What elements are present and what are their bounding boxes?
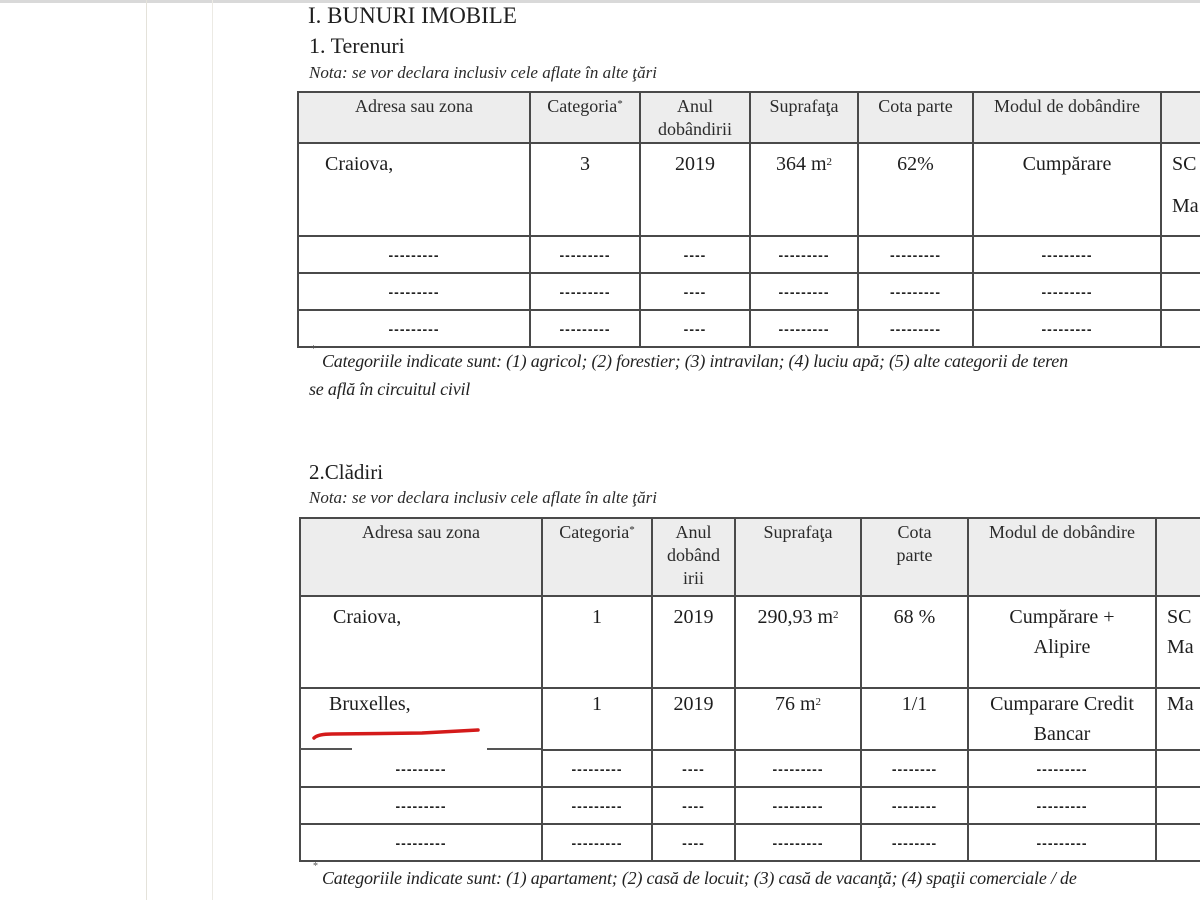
cell-suprafata: 290,93 m2 [735, 596, 861, 688]
table-row-empty: --------- --------- ---- --------- -----… [298, 236, 1200, 273]
red-underline-annotation [312, 728, 484, 742]
col-header-adresa: Adresa sau zona [298, 92, 530, 143]
cell-categoria: 1 [542, 596, 652, 688]
cell-empty: -------- [861, 787, 968, 824]
table-row-empty: --------- --------- ---- --------- -----… [298, 273, 1200, 310]
cell-empty [1161, 310, 1200, 347]
table-row: Craiova, 1 2019 290,93 m2 68 % Cumpărare… [300, 596, 1200, 688]
cell-empty: --------- [968, 787, 1156, 824]
cell-empty: --------- [542, 824, 652, 861]
table-row-empty: --------- --------- ---- --------- -----… [300, 750, 1200, 787]
footnote-terenuri-line1: Categoriile indicate sunt: (1) agricol; … [322, 351, 1068, 372]
cell-empty: --------- [858, 236, 973, 273]
subsection-title-cladiri: 2.Clădiri [309, 460, 383, 485]
cell-empty: --------- [300, 824, 542, 861]
cell-empty: ---- [652, 787, 735, 824]
cell-empty: --------- [750, 310, 858, 347]
cell-empty: --------- [542, 750, 652, 787]
cell-empty: --------- [973, 236, 1161, 273]
cell-anul: 2019 [652, 596, 735, 688]
col-header-cota: Cota parte [858, 92, 973, 143]
cladiri-table: Adresa sau zona Categoria* Anul dobând i… [299, 517, 1200, 862]
col-header-anul: Anul dobând irii [652, 518, 735, 596]
cell-cota: 1/1 [861, 688, 968, 750]
cell-suprafata: 76 m2 [735, 688, 861, 750]
cell-empty: --------- [968, 750, 1156, 787]
cell-empty: --------- [530, 273, 640, 310]
cell-empty: --------- [735, 750, 861, 787]
cell-titular: SCMa [1156, 596, 1200, 688]
cell-categoria: 1 [542, 688, 652, 750]
cell-suprafata: 364 m2 [750, 143, 858, 236]
cell-empty: --------- [298, 310, 530, 347]
table-row-empty: --------- --------- ---- --------- -----… [300, 824, 1200, 861]
cell-cota: 68 % [861, 596, 968, 688]
cell-empty [1156, 750, 1200, 787]
footnote-star: * [313, 861, 318, 872]
cell-empty: ---- [640, 236, 750, 273]
col-header-anul: Anul dobândirii [640, 92, 750, 143]
note-cladiri: Nota: se vor declara inclusiv cele aflat… [309, 488, 657, 508]
terenuri-table: Adresa sau zona Categoria* Anul dobândir… [297, 91, 1200, 348]
col-header-cota: Cota parte [861, 518, 968, 596]
col-header-categoria: Categoria* [530, 92, 640, 143]
cell-empty: --------- [298, 236, 530, 273]
row-border-fragment [300, 748, 352, 750]
cell-empty: --------- [530, 310, 640, 347]
cell-empty: --------- [735, 787, 861, 824]
cell-empty: --------- [530, 236, 640, 273]
cell-empty: ---- [640, 273, 750, 310]
cell-empty: --------- [973, 310, 1161, 347]
cell-adresa: Craiova, [300, 596, 542, 688]
cell-empty: ---- [640, 310, 750, 347]
cell-empty: --------- [973, 273, 1161, 310]
col-header-categoria: Categoria* [542, 518, 652, 596]
cell-empty: ---- [652, 824, 735, 861]
cell-empty: --------- [298, 273, 530, 310]
footnote-cladiri-line1: Categoriile indicate sunt: (1) apartamen… [322, 868, 1077, 889]
cell-categoria: 3 [530, 143, 640, 236]
cell-adresa: Craiova, [298, 143, 530, 236]
col-header-modul: Modul de dobândire [968, 518, 1156, 596]
cell-anul: 2019 [652, 688, 735, 750]
cell-empty [1161, 273, 1200, 310]
cell-empty: --------- [750, 273, 858, 310]
table-row-empty: --------- --------- ---- --------- -----… [298, 310, 1200, 347]
cell-empty: --------- [735, 824, 861, 861]
cell-cota: 62% [858, 143, 973, 236]
note-terenuri: Nota: se vor declara inclusiv cele aflat… [309, 63, 657, 83]
cell-empty [1161, 236, 1200, 273]
cell-empty: --------- [300, 750, 542, 787]
col-header-titular [1156, 518, 1200, 596]
section-title: I. BUNURI IMOBILE [308, 3, 517, 29]
cell-titular: Ma [1156, 688, 1200, 750]
cell-empty: --------- [968, 824, 1156, 861]
cell-empty: --------- [750, 236, 858, 273]
table-row: Craiova, 3 2019 364 m2 62% Cumpărare SCM… [298, 143, 1200, 236]
table-row-empty: --------- --------- ---- --------- -----… [300, 787, 1200, 824]
footnote-star: * [311, 344, 316, 355]
cell-empty: --------- [858, 273, 973, 310]
col-header-titular [1161, 92, 1200, 143]
cell-empty: -------- [861, 750, 968, 787]
table-header-row: Adresa sau zona Categoria* Anul dobând i… [300, 518, 1200, 596]
document-page: I. BUNURI IMOBILE 1. Terenuri Nota: se v… [0, 0, 1200, 900]
row-border-fragment [487, 748, 541, 750]
cell-empty [1156, 787, 1200, 824]
table-header-row: Adresa sau zona Categoria* Anul dobândir… [298, 92, 1200, 143]
cell-modul: Cumpărare [973, 143, 1161, 236]
cell-modul: Cumpărare + Alipire [968, 596, 1156, 688]
subsection-title-terenuri: 1. Terenuri [309, 33, 405, 59]
col-header-suprafata: Suprafaţa [750, 92, 858, 143]
cell-empty: --------- [858, 310, 973, 347]
cell-empty: ---- [652, 750, 735, 787]
cell-titular: SCMa [1161, 143, 1200, 236]
col-header-adresa: Adresa sau zona [300, 518, 542, 596]
cell-empty [1156, 824, 1200, 861]
cell-anul: 2019 [640, 143, 750, 236]
col-header-modul: Modul de dobândire [973, 92, 1161, 143]
cell-empty: --------- [542, 787, 652, 824]
footnote-terenuri-line2: se află în circuitul civil [309, 379, 470, 400]
cell-empty: --------- [300, 787, 542, 824]
col-header-suprafata: Suprafaţa [735, 518, 861, 596]
cell-empty: -------- [861, 824, 968, 861]
cell-modul: Cumparare Credit Bancar [968, 688, 1156, 750]
